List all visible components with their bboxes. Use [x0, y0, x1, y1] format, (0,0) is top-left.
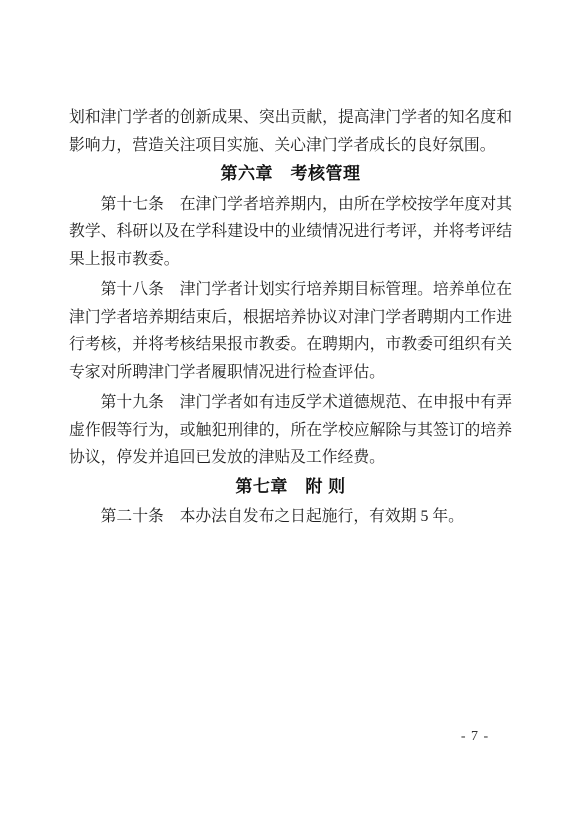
chapter-heading-7: 第七章 附 则	[69, 473, 512, 501]
article-19: 第十九条 津门学者如有违反学术道德规范、在申报中有弄虚作假等行为，或触犯刑律的，…	[69, 389, 512, 472]
page-number: - 7 -	[449, 729, 501, 745]
article-20: 第二十条 本办法自发布之日起施行，有效期 5 年。	[69, 503, 512, 531]
article-17: 第十七条 在津门学者培养期内，由所在学校按学年度对其教学、科研以及在学科建设中的…	[69, 191, 512, 274]
article-18: 第十八条 津门学者计划实行培养期目标管理。培养单位在津门学者培养期结束后，根据培…	[69, 276, 512, 386]
scanned-document-page: 划和津门学者的创新成果、突出贡献，提高津门学者的知名度和影响力，营造关注项目实施…	[0, 0, 579, 819]
document-body: 划和津门学者的创新成果、突出贡献，提高津门学者的知名度和影响力，营造关注项目实施…	[69, 104, 512, 531]
chapter-heading-6: 第六章 考核管理	[69, 160, 512, 188]
paragraph-continuation: 划和津门学者的创新成果、突出贡献，提高津门学者的知名度和影响力，营造关注项目实施…	[69, 104, 512, 159]
